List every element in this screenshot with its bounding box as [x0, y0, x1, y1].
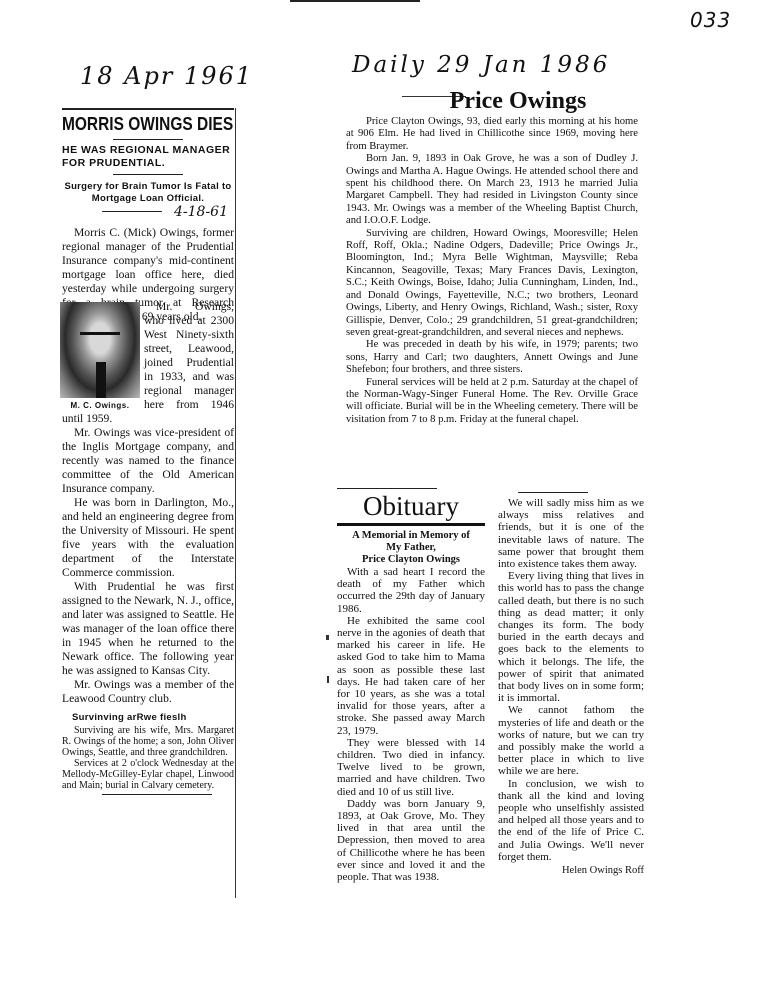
paragraph: Surviving are children, Howard Owings, M… — [346, 228, 638, 340]
headline: Price Owings — [372, 88, 664, 114]
divider — [337, 488, 437, 489]
survivors-section: Surviving are his wife, Mrs. Margaret R.… — [62, 725, 234, 791]
divider — [62, 108, 234, 110]
photo-caption: M. C. Owings. — [60, 401, 140, 410]
portrait-figure: M. C. Owings. — [60, 302, 140, 410]
deck: Surgery for Brain Tumor Is Fatal to Mort… — [62, 181, 234, 205]
paragraph: Services at 2 o'clock Wednesday at the M… — [62, 758, 234, 791]
obituary-column-2: We will sadly miss him as we always miss… — [498, 488, 644, 876]
paragraph: Born Jan. 9, 1893 in Oak Grove, he was a… — [346, 153, 638, 227]
handwritten-date-left: 18 Apr 1961 — [80, 62, 253, 90]
paragraph: Funeral services will be held at 2 p.m. … — [346, 377, 638, 427]
paragraph: Surviving are his wife, Mrs. Margaret R.… — [62, 725, 234, 758]
divider — [337, 523, 485, 526]
handwritten-short-date: 4-18-61 — [174, 204, 228, 220]
scan-speck — [326, 635, 329, 640]
scan-speck — [327, 676, 329, 683]
divider — [102, 211, 162, 212]
handwritten-date-right: Daily 29 Jan 1986 — [352, 52, 610, 78]
divider — [518, 492, 588, 493]
paragraph: Every living thing that lives in this wo… — [498, 570, 644, 704]
subheadline: HE WAS REGIONAL MANAGER FOR PRUDENTIAL. — [62, 144, 234, 170]
obituary-column-1: Obituary A Memorial in Memory of My Fath… — [337, 488, 485, 883]
price-owings-article: Price Owings Price Clayton Owings, 93, d… — [346, 88, 638, 426]
paragraph: With a sad heart I record the death of m… — [337, 566, 485, 615]
paragraph: He was born in Darlington, Mo., and held… — [62, 496, 234, 580]
obituary-body: We will sadly miss him as we always miss… — [498, 497, 644, 863]
morris-owings-clipping: MORRIS OWINGS DIES HE WAS REGIONAL MANAG… — [62, 108, 234, 324]
obituary-body: With a sad heart I record the death of m… — [337, 566, 485, 883]
signature: Helen Owings Roff — [498, 865, 644, 876]
paragraph: Mr. Owings was a member of the Leawood C… — [62, 678, 234, 706]
subtitle-line: A Memorial in Memory of — [337, 530, 485, 542]
paragraph: With Prudential he was first assigned to… — [62, 580, 234, 678]
subtitle-line: My Father, — [337, 542, 485, 554]
paragraph: Mr. Owings was vice-president of the Ing… — [62, 426, 234, 496]
portrait-photo — [60, 302, 140, 398]
paragraph: We cannot fathom the mysteries of life a… — [498, 704, 644, 777]
headline: MORRIS OWINGS DIES — [62, 114, 234, 135]
divider — [113, 174, 183, 175]
garbled-label: Survinving arRwe fieslh — [72, 712, 234, 723]
obituary-title: Obituary — [337, 491, 485, 521]
paragraph: They were blessed with 14 children. Two … — [337, 737, 485, 798]
tie-shape — [96, 362, 106, 398]
top-edge-rule — [290, 0, 420, 2]
glasses-shape — [80, 332, 120, 342]
paragraph: He exhibited the same cool nerve in the … — [337, 615, 485, 737]
paragraph: He was preceded in death by his wife, in… — [346, 339, 638, 376]
paragraph: Price Clayton Owings, 93, died early thi… — [346, 116, 638, 153]
paragraph: Daddy was born January 9, 1893, at Oak G… — [337, 798, 485, 883]
paragraph: We will sadly miss him as we always miss… — [498, 497, 644, 570]
column-rule — [235, 108, 236, 898]
morris-body-continued: M. C. Owings. Mr. Owings, who lived at 2… — [62, 300, 234, 795]
article-body: Price Clayton Owings, 93, died early thi… — [346, 116, 638, 426]
paragraph: In conclusion, we wish to thank all the … — [498, 778, 644, 863]
divider — [102, 794, 212, 795]
page-number: 033 — [690, 8, 731, 32]
subtitle-line: Price Clayton Owings — [337, 554, 485, 566]
divider — [113, 139, 183, 140]
memorial-subtitle: A Memorial in Memory of My Father, Price… — [337, 530, 485, 566]
